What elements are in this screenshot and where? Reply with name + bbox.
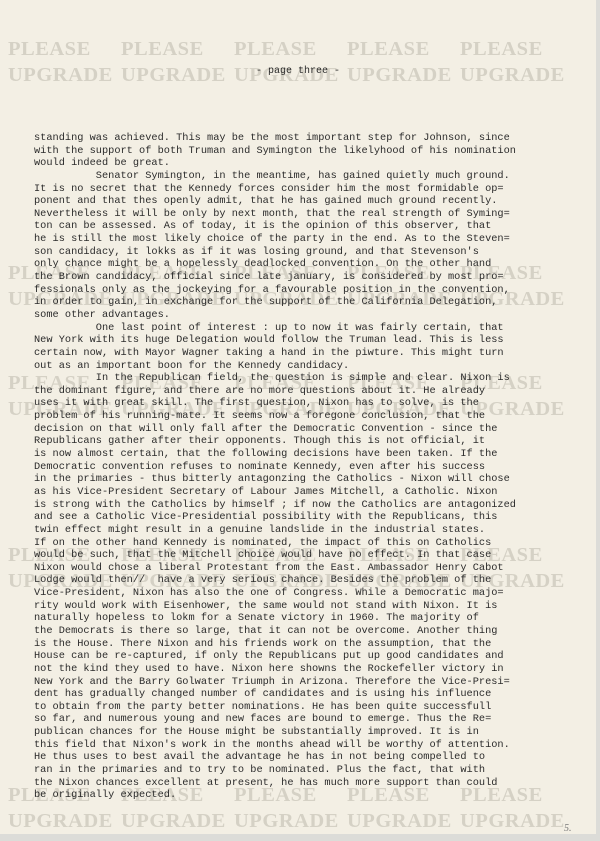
text-line: Nixon would chose a liberal Protestant f… xyxy=(34,562,594,575)
watermark-word: PLEASE xyxy=(460,38,573,61)
page-header: - page three - xyxy=(0,66,596,77)
document-body: standing was achieved. This may be the m… xyxy=(34,132,594,802)
text-line: dent has gradually changed number of can… xyxy=(34,688,594,701)
text-line: in order to gain, in exchange for the su… xyxy=(34,296,594,309)
text-line: would be such, that the Mitchell choice … xyxy=(34,549,594,562)
text-line: as his Vice-President Secretary of Labou… xyxy=(34,486,594,499)
text-line: out as an important boon for the Kennedy… xyxy=(34,360,594,373)
text-line: this field that Nixon's work in the mont… xyxy=(34,739,594,752)
text-line: the Brown candidacy, official since late… xyxy=(34,271,594,284)
text-line: uses it with great skill. The first ques… xyxy=(34,397,594,410)
text-line: Democratic convention refuses to nominat… xyxy=(34,461,594,474)
text-line: and see a Catholic Vice-Presidential pos… xyxy=(34,511,594,524)
text-line: son candidacy, it lokks as if it was los… xyxy=(34,246,594,259)
text-line: One last point of interest : up to now i… xyxy=(34,322,594,335)
text-line: certain now, with Mayor Wagner taking a … xyxy=(34,347,594,360)
watermark-word: PLEASE xyxy=(8,38,121,61)
text-line: not the kind they used to have. Nixon he… xyxy=(34,663,594,676)
watermark-word: PLEASE xyxy=(347,38,460,61)
text-line: publican chances for the House might be … xyxy=(34,726,594,739)
page-marker: 5. xyxy=(564,823,572,834)
text-line: in the primaries - thus bitterly antagon… xyxy=(34,473,594,486)
text-line: decision on that will only fall after th… xyxy=(34,423,594,436)
text-line: He thus uses to best avail the advantage… xyxy=(34,751,594,764)
text-line: ponent and that thes openly admit, that … xyxy=(34,195,594,208)
text-line: fessionals only as the jockeying for a f… xyxy=(34,284,594,297)
text-line: Senator Symington, in the meantime, has … xyxy=(34,170,594,183)
text-line: In the Republican field, the question is… xyxy=(34,372,594,385)
watermark-word: UPGRADE xyxy=(121,810,234,833)
watermark-word: UPGRADE xyxy=(234,810,347,833)
text-line: ton can be assessed. As of today, it is … xyxy=(34,220,594,233)
text-line: Lodge would then// have a very serious c… xyxy=(34,574,594,587)
text-line: is strong with the Catholics by himself … xyxy=(34,499,594,512)
text-line: the Democrats is there so large, that it… xyxy=(34,625,594,638)
text-line: problem of his running-mate. It seems no… xyxy=(34,410,594,423)
watermark-word: PLEASE xyxy=(234,38,347,61)
watermark-word: UPGRADE xyxy=(460,810,573,833)
text-line: standing was achieved. This may be the m… xyxy=(34,132,594,145)
text-line: Vice-President, Nixon has also the one o… xyxy=(34,587,594,600)
text-line: twin effect might result in a genuine la… xyxy=(34,524,594,537)
text-line: New York and the Barry Golwater Triumph … xyxy=(34,676,594,689)
text-line: rity would work with Eisenhower, the sam… xyxy=(34,600,594,613)
text-line: If on the other hand Kennedy is nominate… xyxy=(34,537,594,550)
watermark-row: UPGRADEUPGRADEUPGRADEUPGRADEUPGRADE xyxy=(8,810,596,833)
text-line: the dominant figure, and there are no mo… xyxy=(34,385,594,398)
text-line: is the House. There Nixon and his friend… xyxy=(34,638,594,651)
text-line: to obtain from the party better nominati… xyxy=(34,701,594,714)
text-line: House can be re-captured, if only the Re… xyxy=(34,650,594,663)
text-line: Nevertheless it will be only by next mon… xyxy=(34,208,594,221)
text-line: Republicans gather after their opponents… xyxy=(34,435,594,448)
text-line: so far, and numerous young and new faces… xyxy=(34,713,594,726)
text-line: only chance might be a hopelessly deadlo… xyxy=(34,258,594,271)
text-line: naturally hopeless to lokm for a Senate … xyxy=(34,612,594,625)
document-page: PLEASEPLEASEPLEASEPLEASEPLEASEUPGRADEUPG… xyxy=(0,0,596,834)
watermark-word: UPGRADE xyxy=(8,810,121,833)
text-line: he is still the most likely choice of th… xyxy=(34,233,594,246)
text-line: with the support of both Truman and Symi… xyxy=(34,145,594,158)
text-line: ran in the primaries and to try to be no… xyxy=(34,764,594,777)
text-line: would indeed be great. xyxy=(34,157,594,170)
text-line: New York with its huge Delegation would … xyxy=(34,334,594,347)
text-line: the Nixon chances excellent at present, … xyxy=(34,777,594,790)
text-line: be originally expected. xyxy=(34,789,594,802)
text-line: is now almost certain, that the followin… xyxy=(34,448,594,461)
watermark-word: PLEASE xyxy=(121,38,234,61)
watermark-word: UPGRADE xyxy=(347,810,460,833)
text-line: It is no secret that the Kennedy forces … xyxy=(34,183,594,196)
watermark-row: PLEASEPLEASEPLEASEPLEASEPLEASE xyxy=(8,38,596,61)
text-line: some other advantages. xyxy=(34,309,594,322)
